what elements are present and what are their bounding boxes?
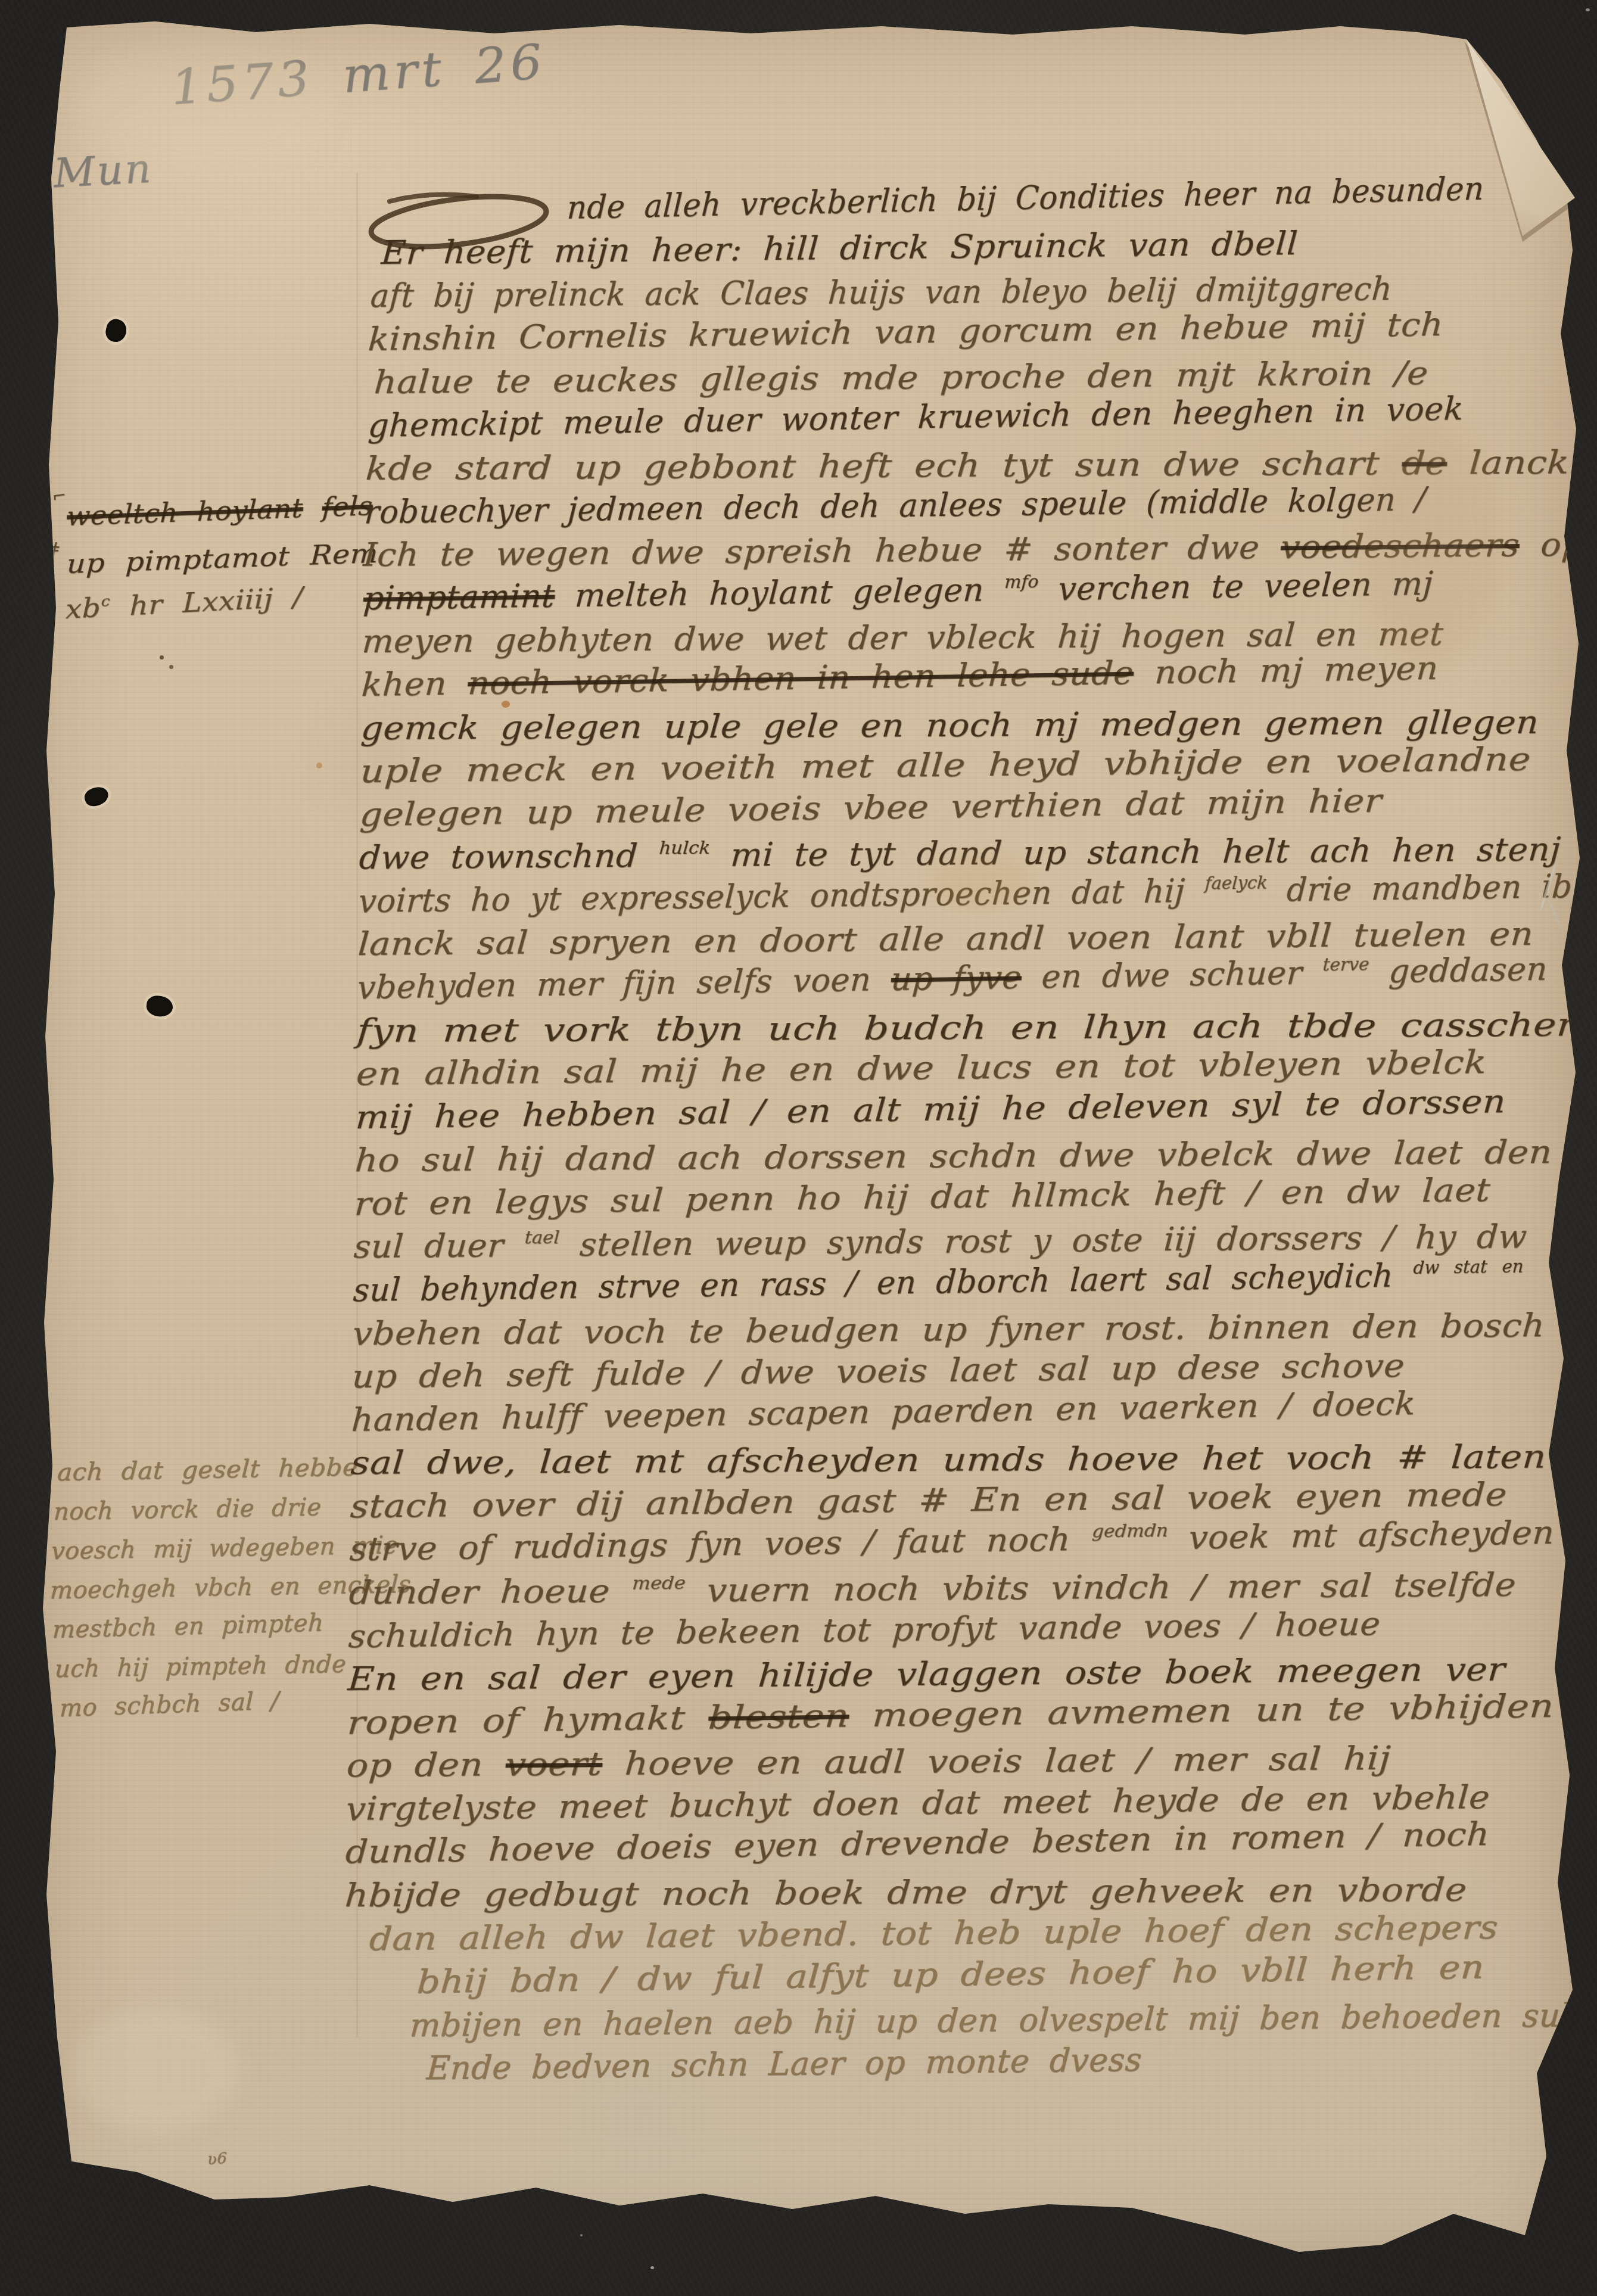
manuscript-line: hbijde gedbugt noch boek dme dryt gehvee… [344, 1874, 1468, 1912]
manuscript-line: op den voert hoeve en audl voeis laet / … [345, 1743, 1391, 1782]
margin-note-line: xbc hr Lxxiiij / [66, 584, 303, 623]
manuscript-line: en alhdin sal mij he en dwe lucs en tot … [355, 1046, 1487, 1090]
archive-scan-backdrop: 1573 mrt 26 Mun weeltch hoylant felsup p… [0, 0, 1597, 2296]
stain [502, 701, 510, 708]
manuscript-line: gelegen up meule voeis vbee verthien dat… [359, 785, 1383, 831]
manuscript-line: ghemckipt meule duer wonter kruewich den… [368, 393, 1465, 442]
manuscript-line: ho sul hij dand ach dorssen schdn dwe vb… [354, 1136, 1553, 1177]
manuscript-page: 1573 mrt 26 Mun weeltch hoylant felsup p… [0, 0, 1597, 2296]
manuscript-line: mij hee hebben sal / en alt mij he delev… [354, 1085, 1506, 1134]
manuscript-line: nde alleh vreckberlich bij Condities hee… [566, 173, 1485, 224]
stray-mark: ʋ6 [207, 2151, 227, 2167]
stray-mark: ⌐⌐ [38, 487, 67, 508]
binding-hole [82, 784, 111, 809]
manuscript-line: voirts ho yt expresselyck ondtsproechen … [357, 870, 1573, 917]
manuscript-line: fyn met vork tbyn uch budch en lhyn ach … [356, 1009, 1583, 1047]
manuscript-line: Er heeft mijn heer: hill dirck Spruinck … [380, 228, 1299, 269]
manuscript-line: handen hulff veepen scapen paerden en va… [351, 1387, 1417, 1436]
manuscript-line: stach over dij anlbden gast # En en sal … [349, 1479, 1508, 1523]
manuscript-line: kinshin Cornelis kruewich van gorcum en … [367, 309, 1444, 356]
manuscript-line: kde stard up gebbont heft ech tyt sun dw… [365, 446, 1570, 485]
manuscript-line: aft bij prelinck ack Claes huijs van ble… [369, 273, 1393, 312]
margin-note-line: uch hij pimpteh dnde [54, 1652, 347, 1681]
manuscript-line: robuechyer jedmeen dech deh anlees speul… [363, 483, 1427, 528]
margin-note-line: noch vorck die drie [53, 1495, 322, 1524]
pencil-classifier-annotation: Mun [52, 148, 154, 194]
stain [237, 156, 244, 162]
dust-speck [650, 2266, 654, 2269]
manuscript-line: sul behynden strve en rass / en dborch l… [352, 1258, 1524, 1306]
dust-speck [1586, 8, 1590, 11]
margin-note-line: mestbch en pimpteh [52, 1611, 324, 1642]
manuscript-line: pimptamint melteh hoylant gelegen mfo ve… [362, 568, 1434, 615]
manuscript-line: up deh seft fulde / dwe voeis laet sal u… [351, 1349, 1405, 1393]
manuscript-line: uple meck en voeith met alle heyd vbhijd… [359, 743, 1531, 788]
manuscript-line: sal dwe, laet mt afscheyden umds hoeve h… [350, 1441, 1547, 1479]
margin-note-line: up pimptamot Rem [66, 541, 379, 578]
manuscript-line: strve of ruddings fyn voes / faut noch g… [348, 1517, 1555, 1566]
manuscript-line: ropen of hymakt blesten moegen avmemen u… [346, 1690, 1554, 1739]
margin-note-line: mo schbch sal / [59, 1689, 279, 1721]
binding-hole [104, 317, 129, 344]
margin-note-line: weeltch hoylant fels [66, 493, 373, 530]
manuscript-line: En en sal der eyen hilijde vlaggen oste … [347, 1653, 1506, 1695]
stray-mark: ǂ [49, 540, 60, 559]
manuscript-line: dunder hoeue mede vuern noch vbits vindc… [348, 1569, 1517, 1609]
manuscript-line: sul duer tael stellen weup synds rost y … [353, 1221, 1528, 1263]
manuscript-line: bhij bdn / dw ful alfyt up dees hoef ho … [416, 1951, 1484, 1998]
margin-note-line: ach dat geselt hebbe [57, 1455, 358, 1485]
stain [0, 361, 15, 404]
manuscript-line: gemck gelegen uple gele en noch mj medge… [360, 707, 1540, 745]
stain [316, 763, 322, 769]
stain [160, 655, 164, 659]
manuscript-line: rot en legys sul penn ho hij dat hllmck … [353, 1174, 1491, 1220]
manuscript-line: vbehen dat voch te beudgen up fyner rost… [351, 1309, 1546, 1350]
manuscript-line: schuldich hyn te bekeen tot profyt vande… [347, 1608, 1381, 1653]
manuscript-line: mbijen en haelen aeb hij up den olvespel… [409, 1999, 1571, 2042]
manuscript-line: dwe townschnd hulck mi te tyt dand up st… [358, 833, 1562, 874]
stain [71, 2008, 238, 2133]
dust-speck [580, 2234, 583, 2236]
stain [169, 665, 173, 669]
pencil-date-annotation: 1573 mrt 26 [169, 38, 547, 112]
manuscript-line: khen noch vorck vbhen in hen lehe sude n… [361, 652, 1440, 701]
manuscript-line: dan alleh dw laet vbend. tot heb uple ho… [368, 1911, 1499, 1955]
binding-hole [145, 994, 174, 1018]
manuscript-line: Ende bedven schn Laer op monte dvess [425, 2043, 1143, 2085]
margin-note-line: voesch mij wdegeben mie [51, 1533, 399, 1563]
